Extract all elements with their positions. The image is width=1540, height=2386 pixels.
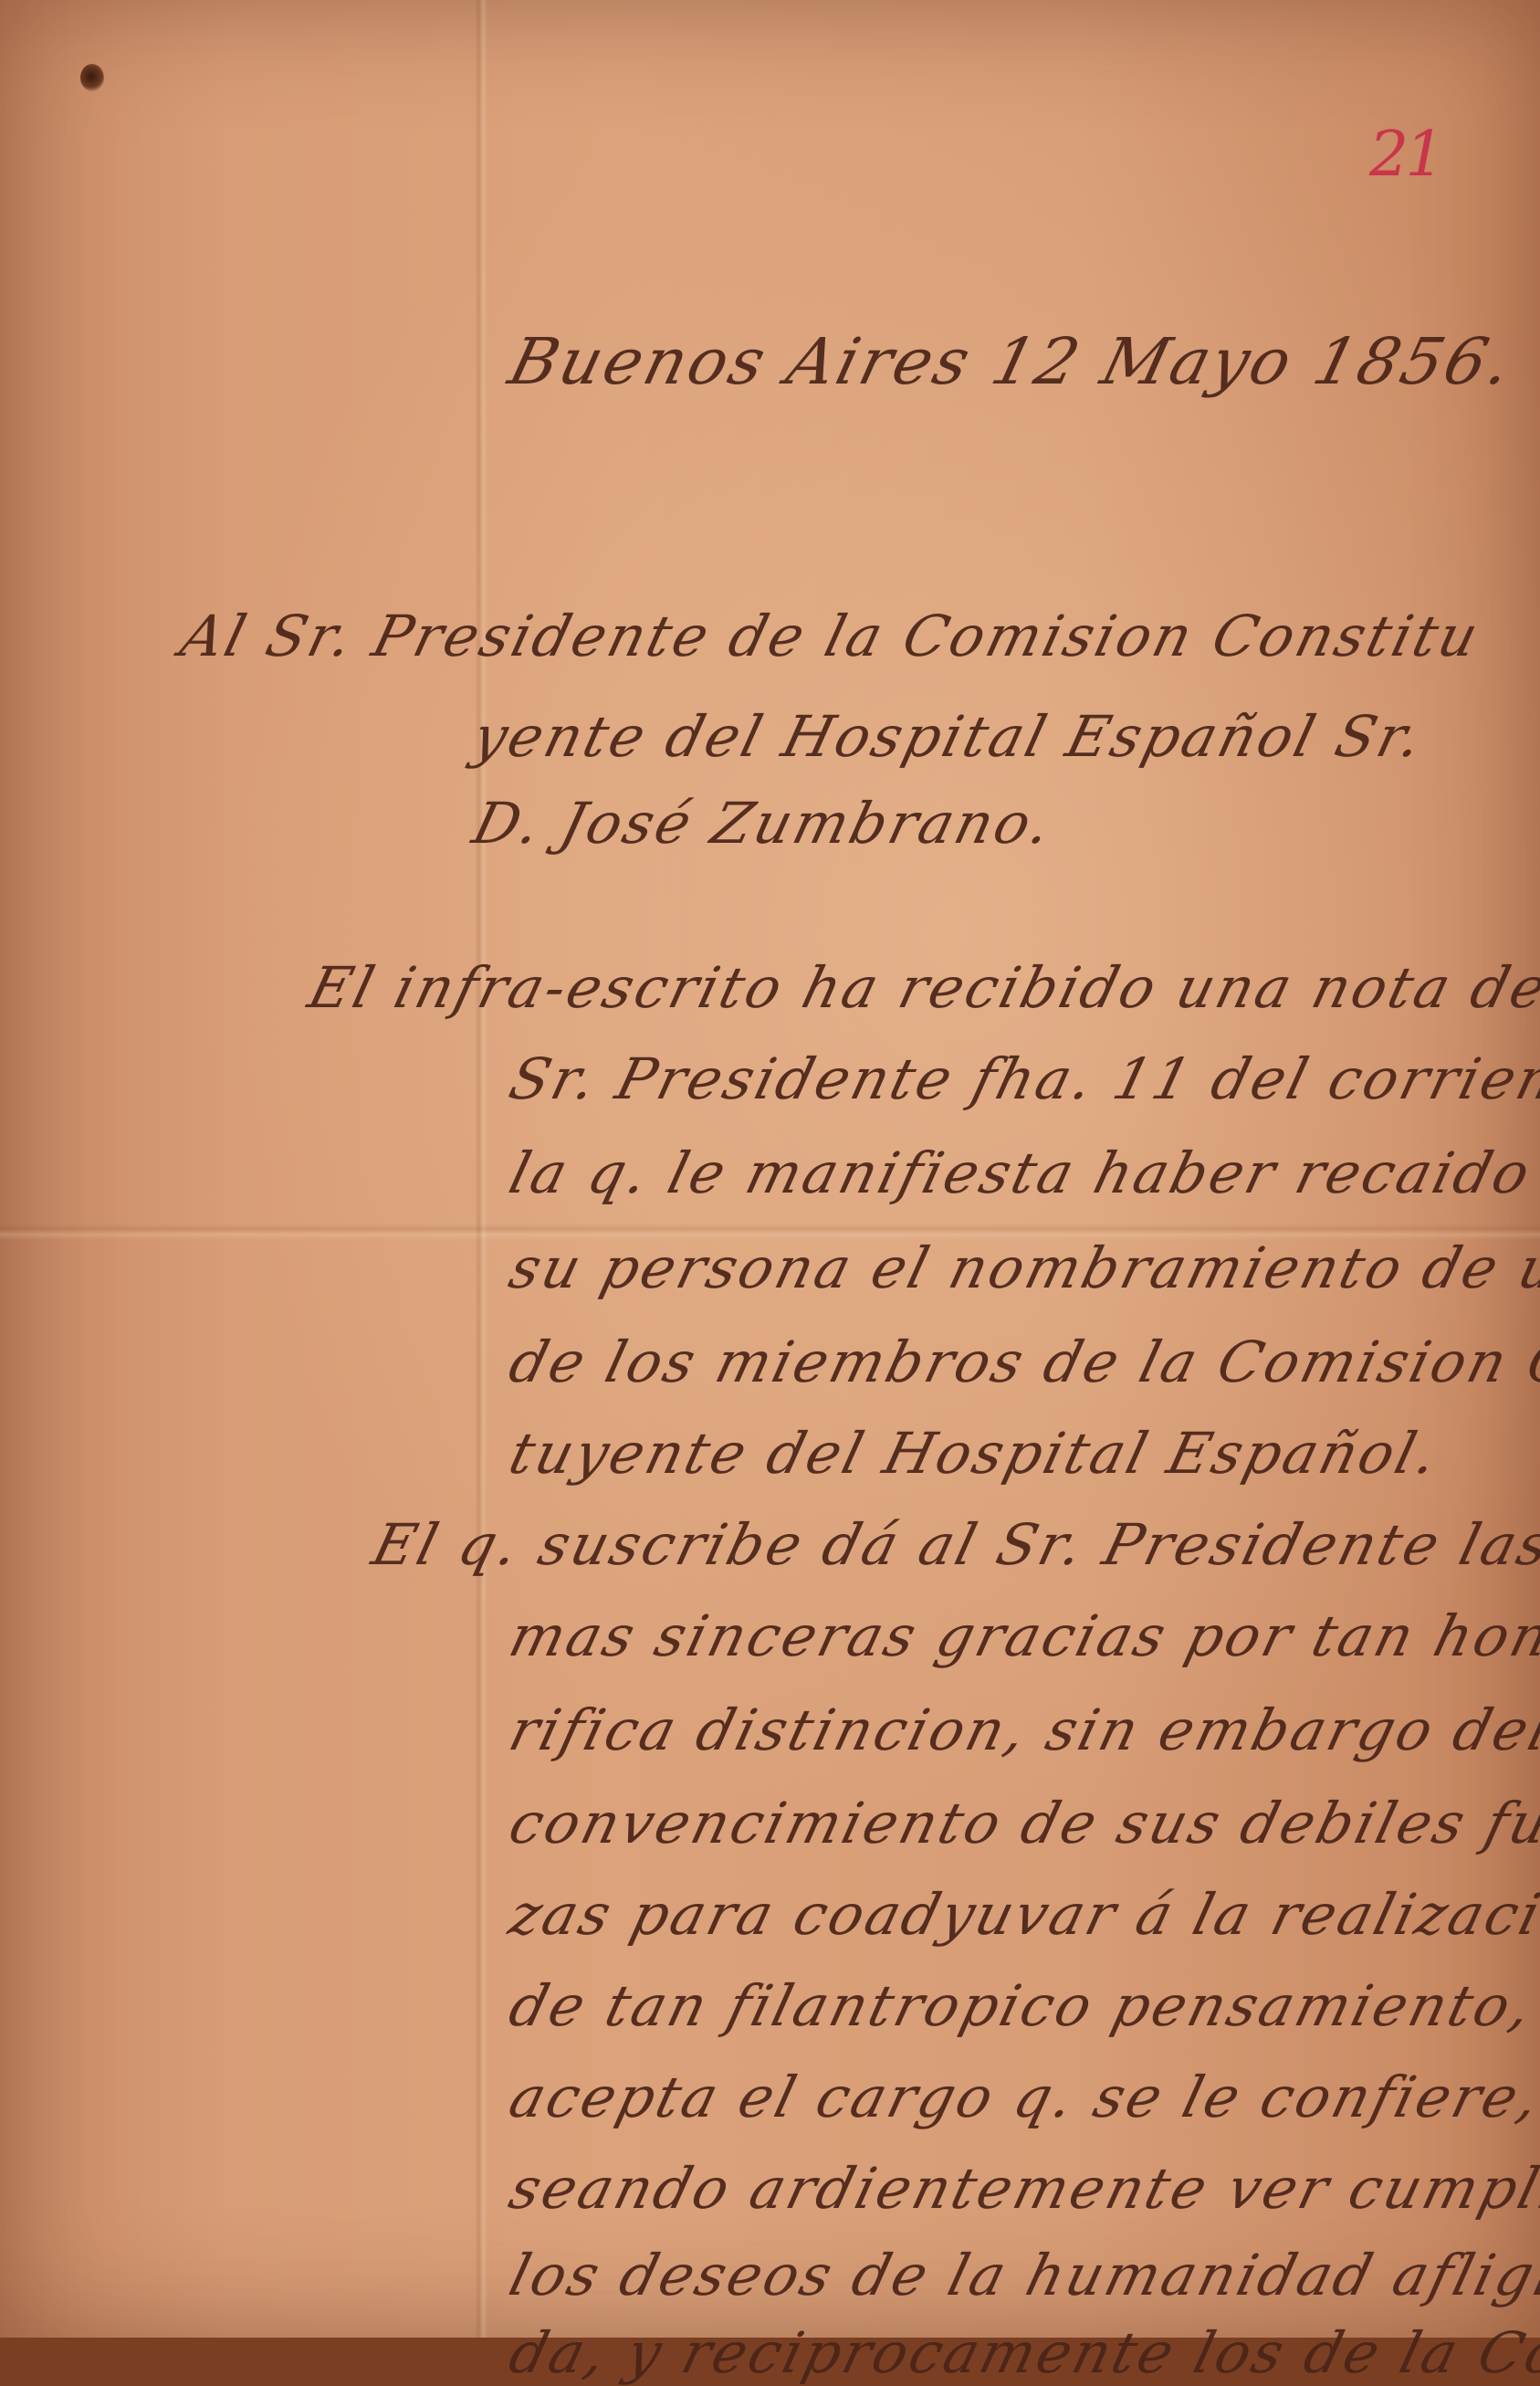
body-line: El infra-escrito ha recibido una nota de… — [302, 954, 1540, 1021]
body-line: rifica distincion, sin embargo del — [503, 1697, 1540, 1763]
body-line: la q. le manifiesta haber recaido en — [503, 1140, 1540, 1206]
date-line: Buenos Aires 12 Mayo 1856. — [502, 324, 1522, 399]
address-line: D. José Zumbrano. — [466, 790, 1060, 857]
folio-number: 21 — [1369, 119, 1441, 191]
body-line: su persona el nombramiento de uno — [503, 1235, 1540, 1301]
address-line: yente del Hospital Español Sr. — [466, 703, 1431, 770]
body-line: El q. suscribe dá al Sr. Presidente las — [366, 1511, 1540, 1578]
body-line: da, y reciprocamente los de la Comision — [503, 2319, 1540, 2338]
body-line: de los miembros de la Comision Consti- — [503, 1329, 1540, 1395]
body-line: zas para coadyuvar á la realizacion — [503, 1881, 1540, 1948]
body-line: acepta el cargo q. se le confiere, de- — [503, 2064, 1540, 2130]
binding-hole — [80, 64, 104, 91]
document-page: 21 Buenos Aires 12 Mayo 1856. Al Sr. Pre… — [0, 0, 1540, 2338]
body-line: Sr. Presidente fha. 11 del corriente, en — [503, 1046, 1540, 1112]
vertical-fold-crease — [475, 0, 487, 2338]
body-line: seando ardientemente ver cumplidos — [503, 2155, 1540, 2222]
body-line: mas sinceras gracias por tan hono- — [503, 1603, 1540, 1669]
address-line: Al Sr. Presidente de la Comision Constit… — [174, 603, 1487, 669]
body-line: los deseos de la humanidad afligi- — [503, 2242, 1540, 2308]
body-line: de tan filantropico pensamiento, — [503, 1972, 1540, 2039]
body-line: convencimiento de sus debiles fuer- — [503, 1790, 1540, 1856]
body-line: tuyente del Hospital Español. — [503, 1420, 1447, 1487]
